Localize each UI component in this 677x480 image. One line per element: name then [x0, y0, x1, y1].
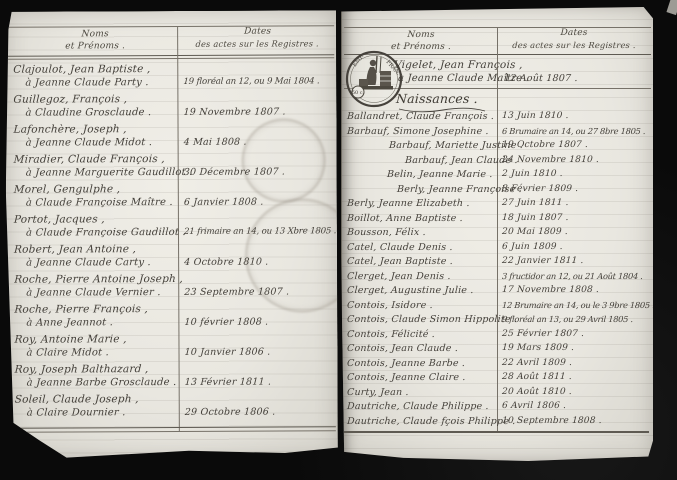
marriage-entries-list: Clajoulot, Jean Baptiste , à Jeanne Clau…	[5, 10, 338, 458]
entry-date: 18 Juin 1807 .	[502, 214, 651, 223]
entry-name: Portot, Jacques ,	[14, 214, 105, 225]
entry-name: Miradier, Claude François ,	[13, 154, 165, 165]
entry-date: 10 Septembre 1808 .	[502, 417, 651, 426]
entry-name: Contois, Isidore .	[347, 301, 433, 311]
entry-name: Roy, Antoine Marie ,	[14, 334, 127, 345]
entry-date: 24 Novembre 1810 .	[502, 156, 651, 165]
table-row: Miradier, Claude François , à Jeanne Mar…	[5, 10, 336, 11]
table-row: Soleil, Claude Joseph , à Claire Dournie…	[5, 10, 336, 11]
entry-name: Clajoulot, Jean Baptiste ,	[13, 64, 151, 75]
table-row: Portot, Jacques , à Claude Françoise Gau…	[5, 10, 336, 11]
entry-date: 22 Avril 1809 .	[502, 359, 651, 368]
entry-date: 27 Juin 1811 .	[502, 199, 651, 208]
entry-name: Ballandret, Claude François .	[347, 112, 495, 122]
entry-date: 19 floréal an 12, ou 9 Mai 1804 .	[183, 77, 334, 86]
entry-name: Boillot, Anne Baptiste .	[347, 214, 463, 224]
entry-date: 4 Octobre 1810 .	[184, 257, 335, 267]
entry-name: Contois, Jeanne Claire .	[347, 373, 466, 383]
birth-entries-list: Ballandret, Claude François . 13 Juin 18…	[342, 7, 653, 461]
entry-name: Clerget, Augustine Julie .	[347, 286, 474, 296]
entry-spouse: à Jeanne Barbe Grosclaude .	[26, 378, 176, 389]
entry-name: Barbauf, Simone Josephine .	[347, 127, 489, 137]
entry-date: 22 Janvier 1811 .	[502, 257, 651, 266]
entry-name: Curty, Jean .	[347, 388, 409, 398]
entry-spouse: à Jeanne Marguerite Gaudillot .	[25, 168, 192, 179]
entry-spouse: à Claire Midot .	[26, 348, 109, 358]
entry-name: Roche, Pierre François ,	[14, 304, 148, 315]
entry-date: 25 Février 1807 .	[502, 330, 651, 339]
entry-date: 17 Novembre 1808 .	[502, 286, 651, 295]
entry-spouse: à Anne Jeannot .	[26, 318, 113, 328]
table-row: Roche, Pierre François , à Anne Jeannot …	[5, 10, 336, 11]
entry-name: Bousson, Félix .	[347, 228, 426, 238]
entry-date: 10 février 1808 .	[184, 317, 335, 327]
right-page: Noms et Prénoms . Dates des actes sur le…	[341, 7, 653, 461]
entry-name: Dautriche, Claude Philippe .	[347, 402, 489, 412]
table-row: Clajoulot, Jean Baptiste , à Jeanne Clau…	[5, 10, 336, 11]
entry-date: 20 Mai 1809 .	[502, 228, 651, 237]
entry-date: 3 fructidor an 12, ou 21 Août 1804 .	[502, 272, 651, 280]
entry-name: Roy, Joseph Balthazard ,	[14, 364, 148, 375]
entry-name: Catel, Jean Baptiste .	[347, 257, 454, 267]
entry-date: 29 Octobre 1806 .	[185, 407, 336, 417]
entry-name: Contois, Jeanne Barbe .	[347, 359, 466, 369]
entry-spouse: à Jeanne Claude Midot .	[25, 138, 152, 149]
table-row: Roy, Antoine Marie , à Claire Midot . 10…	[5, 10, 336, 11]
entry-date: 23 Septembre 1807 .	[184, 287, 335, 297]
entry-name: Lafonchère, Joseph ,	[13, 124, 127, 135]
page-corner-glint	[666, 0, 677, 15]
table-row: Lafonchère, Joseph , à Jeanne Claude Mid…	[5, 10, 336, 11]
entry-date: 8 Février 1809 .	[502, 185, 651, 194]
entry-date: 28 Août 1811 .	[502, 373, 651, 382]
entry-name: Berly, Jeanne Elizabeth .	[347, 199, 470, 209]
entry-date: 10 Janvier 1806 .	[184, 347, 335, 357]
entry-date: 9 floréal an 13, ou 29 Avril 1805 .	[502, 315, 651, 323]
entry-spouse: à Jeanne Claude Vernier .	[26, 288, 161, 299]
entry-date: 19 Novembre 1807 .	[183, 107, 334, 117]
table-row: Robert, Jean Antoine , à Jeanne Claude C…	[5, 10, 336, 11]
entry-spouse: à Claude Françoise Maître .	[26, 198, 173, 209]
entry-name: Soleil, Claude Joseph ,	[14, 394, 139, 405]
entry-name: Belin, Jeanne Marie .	[387, 170, 493, 180]
entry-spouse: à Claudine Grosclaude .	[25, 108, 151, 119]
entry-spouse: à Claire Dournier .	[27, 408, 126, 418]
entry-spouse: à Claude Françoise Gaudillot .	[26, 228, 186, 239]
entry-name: Catel, Claude Denis .	[347, 243, 453, 253]
entry-date: 19 Octobre 1807 .	[502, 141, 651, 150]
entry-name: Contois, Jean Claude .	[347, 344, 459, 354]
entry-date: 6 Janvier 1808 .	[184, 197, 335, 207]
entry-date: 12 Brumaire an 14, ou le 3 9bre 1805 .	[502, 301, 651, 309]
entry-date: 13 Février 1811 .	[184, 377, 335, 387]
scan-background: Noms et Prénoms . Dates des actes sur le…	[0, 0, 677, 480]
entry-date: 6 Avril 1806 .	[502, 402, 651, 411]
entry-date: 21 frimaire an 14, ou 13 Xbre 1805 .	[184, 227, 335, 236]
table-row: Roche, Pierre Antoine Joseph , à Jeanne …	[5, 10, 336, 11]
entry-date: 19 Mars 1809 .	[502, 344, 651, 353]
entry-name: Contois, Félicité .	[347, 330, 436, 340]
entry-name: Robert, Jean Antoine ,	[14, 244, 137, 255]
entry-spouse: à Jeanne Claude Carty .	[26, 258, 151, 269]
entry-name: Contois, Claude Simon Hippolite .	[347, 315, 518, 325]
table-row: Roy, Joseph Balthazard , à Jeanne Barbe …	[5, 10, 336, 11]
entry-date: 13 Juin 1810 .	[502, 112, 651, 121]
entry-date: 6 Juin 1809 .	[502, 243, 651, 252]
entry-name: Roche, Pierre Antoine Joseph ,	[14, 274, 183, 285]
entry-name: Clerget, Jean Denis .	[347, 272, 451, 282]
entry-date: 6 Brumaire an 14, ou 27 8bre 1805 .	[502, 127, 651, 135]
entry-date: 30 Décembre 1807 .	[184, 167, 335, 177]
entry-spouse: à Jeanne Claude Party .	[25, 78, 149, 89]
entry-date: 20 Août 1810 .	[502, 388, 651, 397]
entry-name: Guillegoz, François ,	[13, 94, 127, 105]
entry-name: Dautriche, Claude fçois Philippe .	[347, 417, 516, 427]
left-page: Noms et Prénoms . Dates des actes sur le…	[5, 10, 338, 458]
table-row: Morel, Gengulphe , à Claude Françoise Ma…	[5, 10, 336, 11]
entry-name: Morel, Gengulphe ,	[14, 184, 121, 195]
entry-date: 4 Mai 1808 .	[183, 137, 334, 147]
entry-date: 2 Juin 1810 .	[502, 170, 651, 179]
table-row: Guillegoz, François , à Claudine Groscla…	[5, 10, 336, 11]
